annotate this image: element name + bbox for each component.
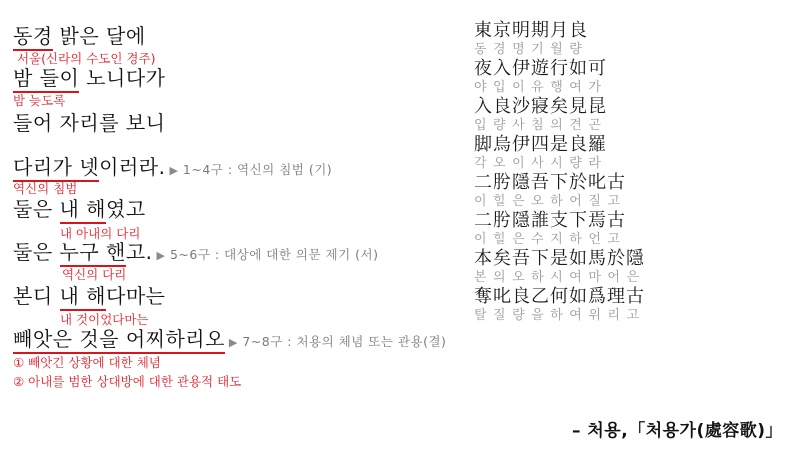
triangle-right-icon: ▶ bbox=[157, 249, 166, 262]
poem-line-1: 동경 밝은 달에 bbox=[13, 24, 146, 48]
annotation: 밤 늦도록 bbox=[13, 93, 65, 108]
reading-line: 탈질량을하여위리고 bbox=[474, 308, 646, 324]
underlined-phrase: 누구 핸 bbox=[60, 240, 126, 264]
section-label: ▶ 1~4구 : 역신의 침범 (기) bbox=[169, 162, 332, 177]
underlined-phrase: 밤 들이 bbox=[13, 66, 79, 90]
poem-line-6: 둘은 누구 핸고.▶ 5~6구 : 대상에 대한 의문 제기 (서) bbox=[13, 240, 378, 268]
underlined-phrase: 다리가 넷 bbox=[13, 155, 99, 179]
hanja-line: 脚烏伊四是良羅 bbox=[474, 134, 646, 156]
hanja-line: 奪叱良乙何如爲理古 bbox=[474, 286, 646, 308]
poem-line-4: 다리가 넷이러라.▶ 1~4구 : 역신의 침범 (기) bbox=[13, 155, 332, 183]
reading-line: 야입이유행여가 bbox=[474, 80, 646, 96]
reading-line: 각오이사시량라 bbox=[474, 156, 646, 172]
annotation: 서울(신라의 수도인 경주) bbox=[17, 51, 155, 66]
poem-line-2: 밤 들이 노니다가 bbox=[13, 66, 165, 90]
section-label: ▶ 5~6구 : 대상에 대한 의문 제기 (서) bbox=[157, 247, 379, 262]
poem-line-8: 빼앗은 것을 어찌하리오▶ 7~8구 : 처용의 체념 또는 관용(결) bbox=[13, 327, 446, 355]
hanja-line: 二肹隱誰支下焉古 bbox=[474, 210, 646, 232]
hanja-line: 入良沙寢矣見昆 bbox=[474, 96, 646, 118]
triangle-right-icon: ▶ bbox=[229, 336, 238, 349]
reading-line: 이힐은오하어질고 bbox=[474, 194, 646, 210]
hanja-line: 二肹隱吾下於叱古 bbox=[474, 172, 646, 194]
triangle-right-icon: ▶ bbox=[169, 164, 178, 177]
source-citation: – 처용,「처용가(處容歌)」 bbox=[572, 416, 783, 441]
section-label: ▶ 7~8구 : 처용의 체념 또는 관용(결) bbox=[229, 334, 447, 349]
annotation: 내 아내의 다리 bbox=[60, 226, 140, 241]
hyangchal-column: 東京明期月良 동경명기월량 夜入伊遊行如可 야입이유행여가 入良沙寢矣見昆 입량… bbox=[474, 20, 646, 324]
annotation: ① 빼앗긴 상황에 대한 체념 bbox=[13, 355, 161, 370]
annotation: 역신의 침범 bbox=[13, 181, 77, 196]
annotation: ② 아내를 범한 상대방에 대한 관용적 태도 bbox=[13, 374, 241, 389]
reading-line: 동경명기월량 bbox=[474, 42, 646, 58]
reading-line: 입량사침의견곤 bbox=[474, 118, 646, 134]
poem-line-7: 본디 내 해다마는 bbox=[13, 284, 165, 308]
underlined-phrase: 내 해 bbox=[60, 284, 107, 308]
hanja-line: 夜入伊遊行如可 bbox=[474, 58, 646, 80]
hanja-line: 本矣吾下是如馬於隱 bbox=[474, 248, 646, 270]
underlined-phrase: 동경 bbox=[13, 24, 53, 48]
annotation: 내 것이었다마는 bbox=[60, 312, 149, 327]
hanja-line: 東京明期月良 bbox=[474, 20, 646, 42]
reading-line: 이힐은수지하언고 bbox=[474, 232, 646, 248]
poem-line-3: 들어 자리를 보니 bbox=[13, 111, 165, 135]
underlined-phrase: 내 해 bbox=[60, 197, 107, 221]
poem-line-5: 둘은 내 해였고 bbox=[13, 197, 146, 221]
underlined-phrase: 빼앗은 것을 어찌하리오 bbox=[13, 327, 225, 351]
annotation: 역신의 다리 bbox=[62, 267, 126, 282]
reading-line: 본의오하시여마어은 bbox=[474, 270, 646, 286]
